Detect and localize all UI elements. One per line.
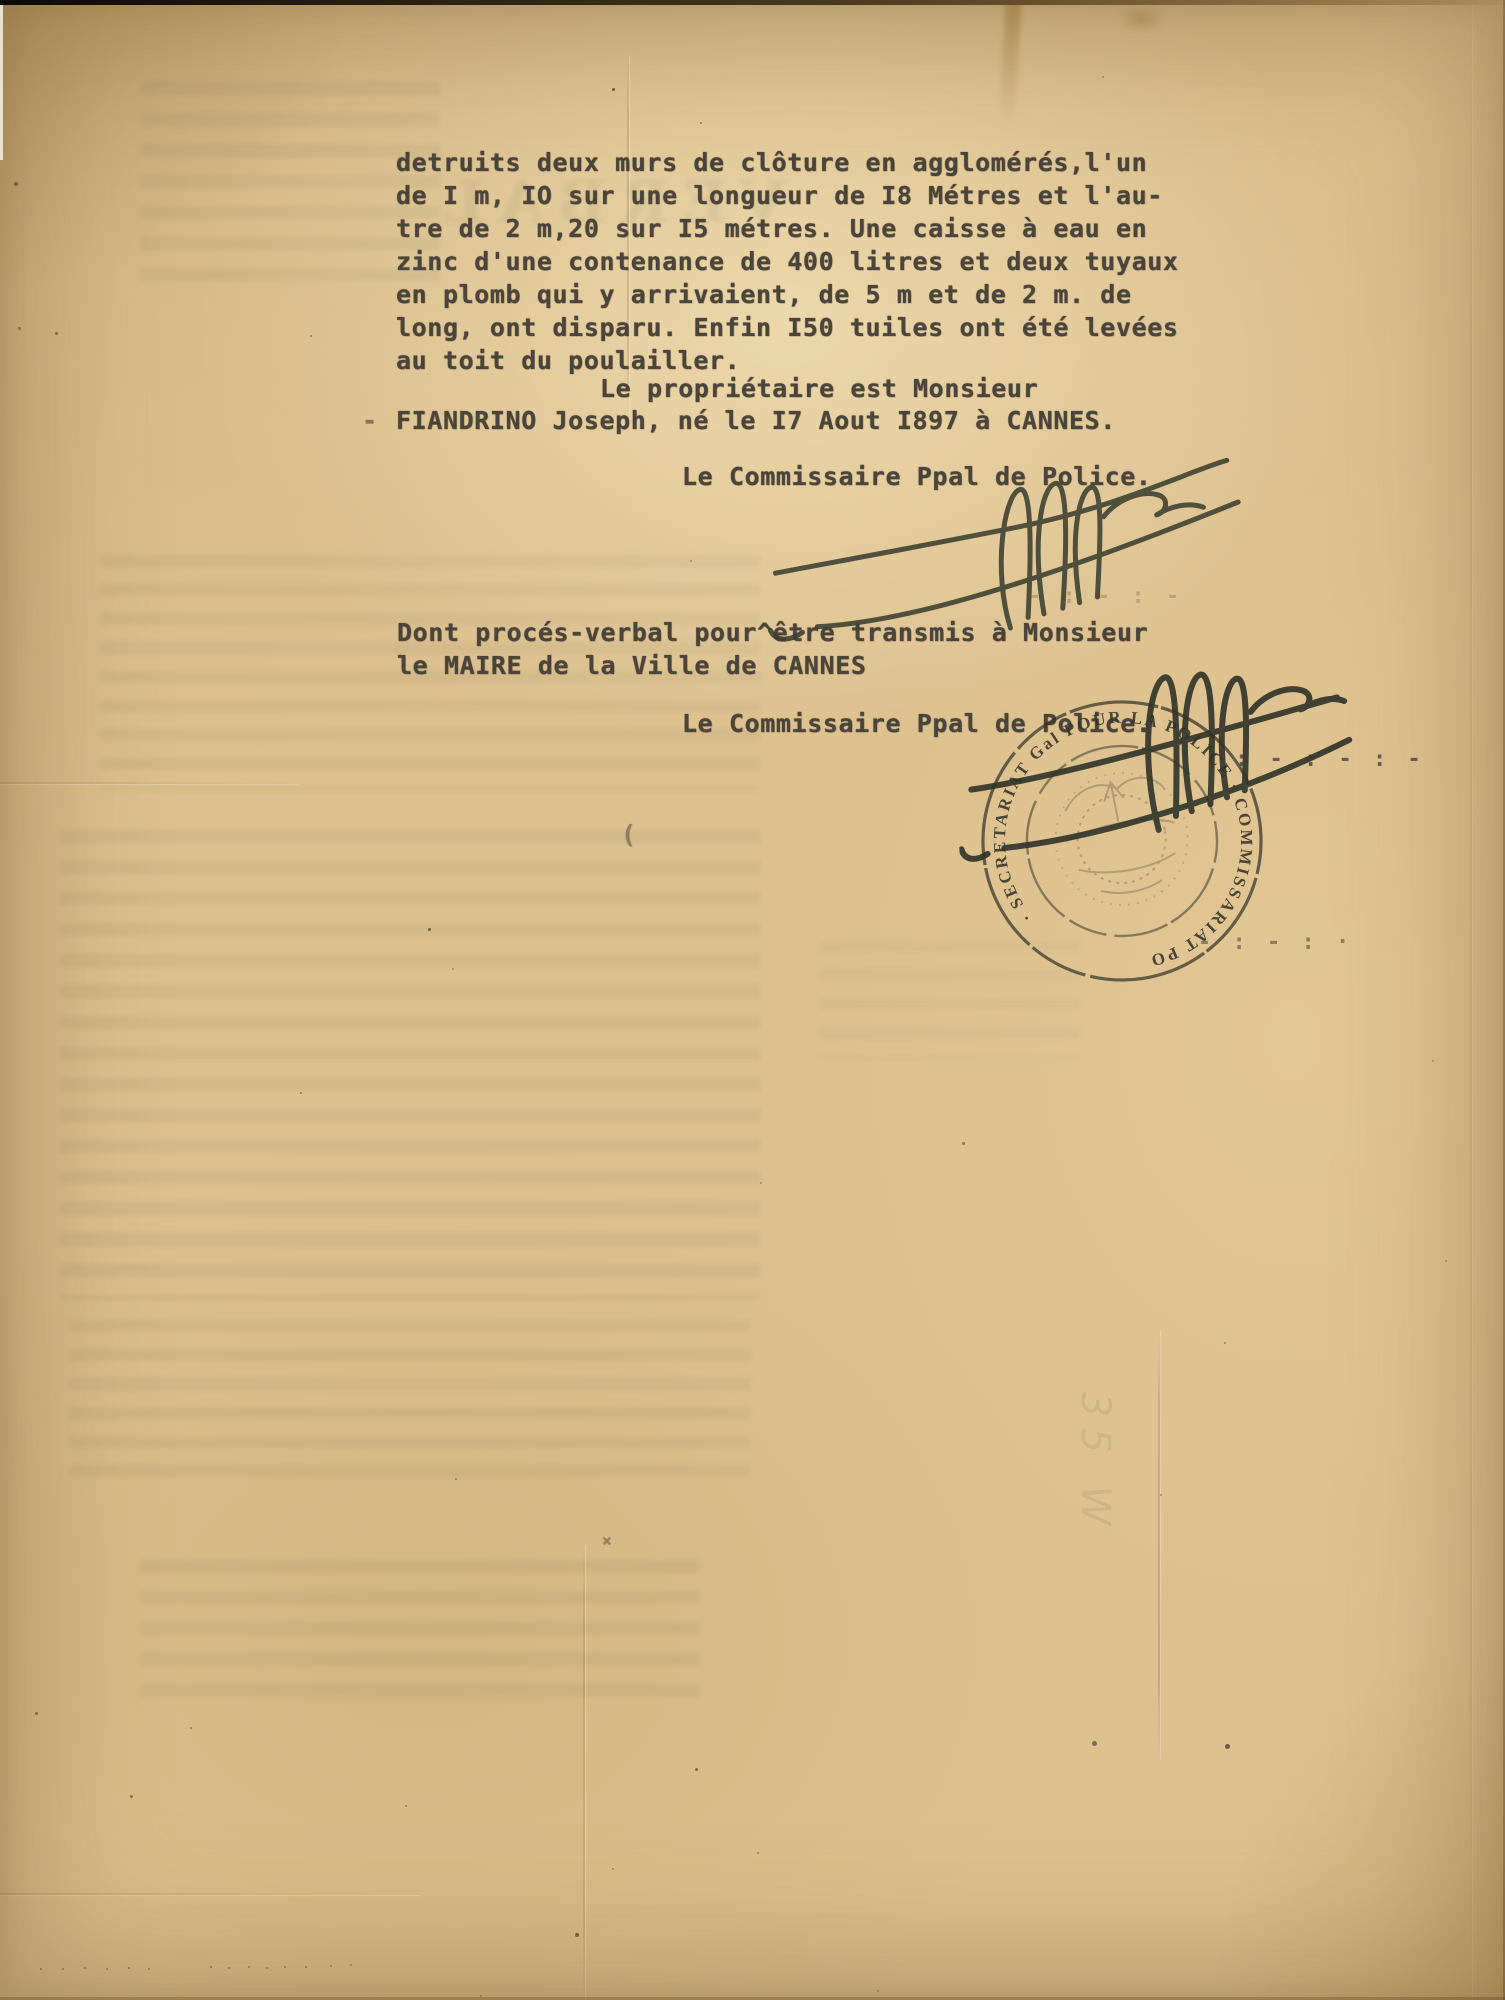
paper-crease	[1470, 0, 1472, 2000]
typed-line: long, ont disparu. Enfin I50 tuiles ont …	[396, 311, 1179, 344]
paper-speck	[210, 1966, 212, 1968]
paper-speck	[455, 1478, 457, 1480]
typed-line: detruits deux murs de clôture en agglomé…	[396, 146, 1147, 179]
owner-intro-line: Le propriétaire est Monsieur	[600, 372, 1038, 405]
paper-speck	[190, 1727, 192, 1729]
paper-crease	[1158, 1330, 1160, 1760]
paper-crease	[0, 782, 300, 784]
paper-speck	[612, 1868, 614, 1870]
paper-speck	[836, 300, 838, 302]
paper-speck	[106, 1968, 108, 1970]
paper-stain	[999, 0, 1022, 132]
bleedthrough-text	[70, 1320, 750, 1480]
stray-cross-mark: ×	[602, 1524, 612, 1557]
paper-speck	[330, 1965, 332, 1967]
scan-edge-top	[0, 0, 1505, 5]
typed-line: tre de 2 m,20 sur I5 métres. Une caisse …	[396, 212, 1147, 245]
handwritten-signature-2	[949, 635, 1360, 886]
paper-speck	[405, 1805, 407, 1807]
paper-speck	[1160, 1494, 1162, 1496]
bleedthrough-text	[60, 830, 760, 1300]
paper-speck	[695, 1768, 698, 1771]
paper-stain	[1118, 4, 1164, 34]
paper-speck	[55, 332, 58, 335]
bleedthrough-text	[140, 82, 440, 282]
typed-line: de I m, IO sur une longueur de I8 Métres…	[396, 179, 1163, 212]
paper-speck	[452, 968, 454, 970]
paper-speck	[575, 1933, 579, 1937]
paper-speck	[690, 560, 692, 562]
margin-dash: -	[362, 404, 378, 437]
paper-speck	[18, 327, 21, 330]
paper-speck	[1432, 1060, 1434, 1062]
paper-crease	[0, 1893, 420, 1895]
paper-speck	[760, 1182, 762, 1184]
paper-speck	[62, 1968, 64, 1970]
paper-speck	[428, 928, 431, 931]
paper-speck	[228, 1967, 230, 1969]
paper-crease	[583, 1545, 585, 2000]
paper-speck	[612, 88, 615, 91]
paper-speck	[877, 1990, 879, 1992]
paper-speck	[266, 1967, 268, 1969]
scanned-document-page: VERBAL detruits deux murs de clôture en …	[0, 0, 1505, 2000]
paper-speck	[84, 1967, 86, 1969]
paper-speck	[148, 1968, 150, 1970]
paper-speck	[130, 1795, 133, 1798]
paper-speck	[300, 1092, 302, 1094]
paper-speck	[248, 1966, 250, 1968]
bleedthrough-text	[140, 1560, 700, 1710]
pencil-note: 35 W	[1072, 1392, 1118, 1535]
paper-speck	[284, 1966, 286, 1968]
owner-name-line: FIANDRINO Joseph, né le I7 Aout I897 à C…	[396, 404, 1116, 437]
handwritten-signature-1	[756, 441, 1263, 673]
paper-speck	[350, 1964, 352, 1966]
paper-speck	[14, 182, 18, 186]
paper-speck	[1225, 1744, 1230, 1749]
paper-speck	[310, 335, 312, 337]
paper-speck	[757, 1852, 759, 1854]
paper-speck	[1092, 1741, 1097, 1746]
scan-edge-left-sliver	[0, 5, 3, 160]
typed-line: en plomb qui y arrivaient, de 5 m et de …	[396, 278, 1132, 311]
paper-speck	[128, 1967, 130, 1969]
stray-paren-mark: (	[621, 818, 637, 851]
typed-line: zinc d'une contenance de 400 litres et d…	[396, 245, 1179, 278]
paper-speck	[40, 1968, 42, 1970]
paper-speck	[700, 122, 702, 124]
paper-speck	[35, 1712, 38, 1715]
paper-speck	[305, 1966, 307, 1968]
paper-speck	[1224, 1342, 1226, 1344]
paper-speck	[1102, 76, 1104, 78]
paper-speck	[962, 1142, 965, 1145]
paper-speck	[1445, 1260, 1447, 1262]
